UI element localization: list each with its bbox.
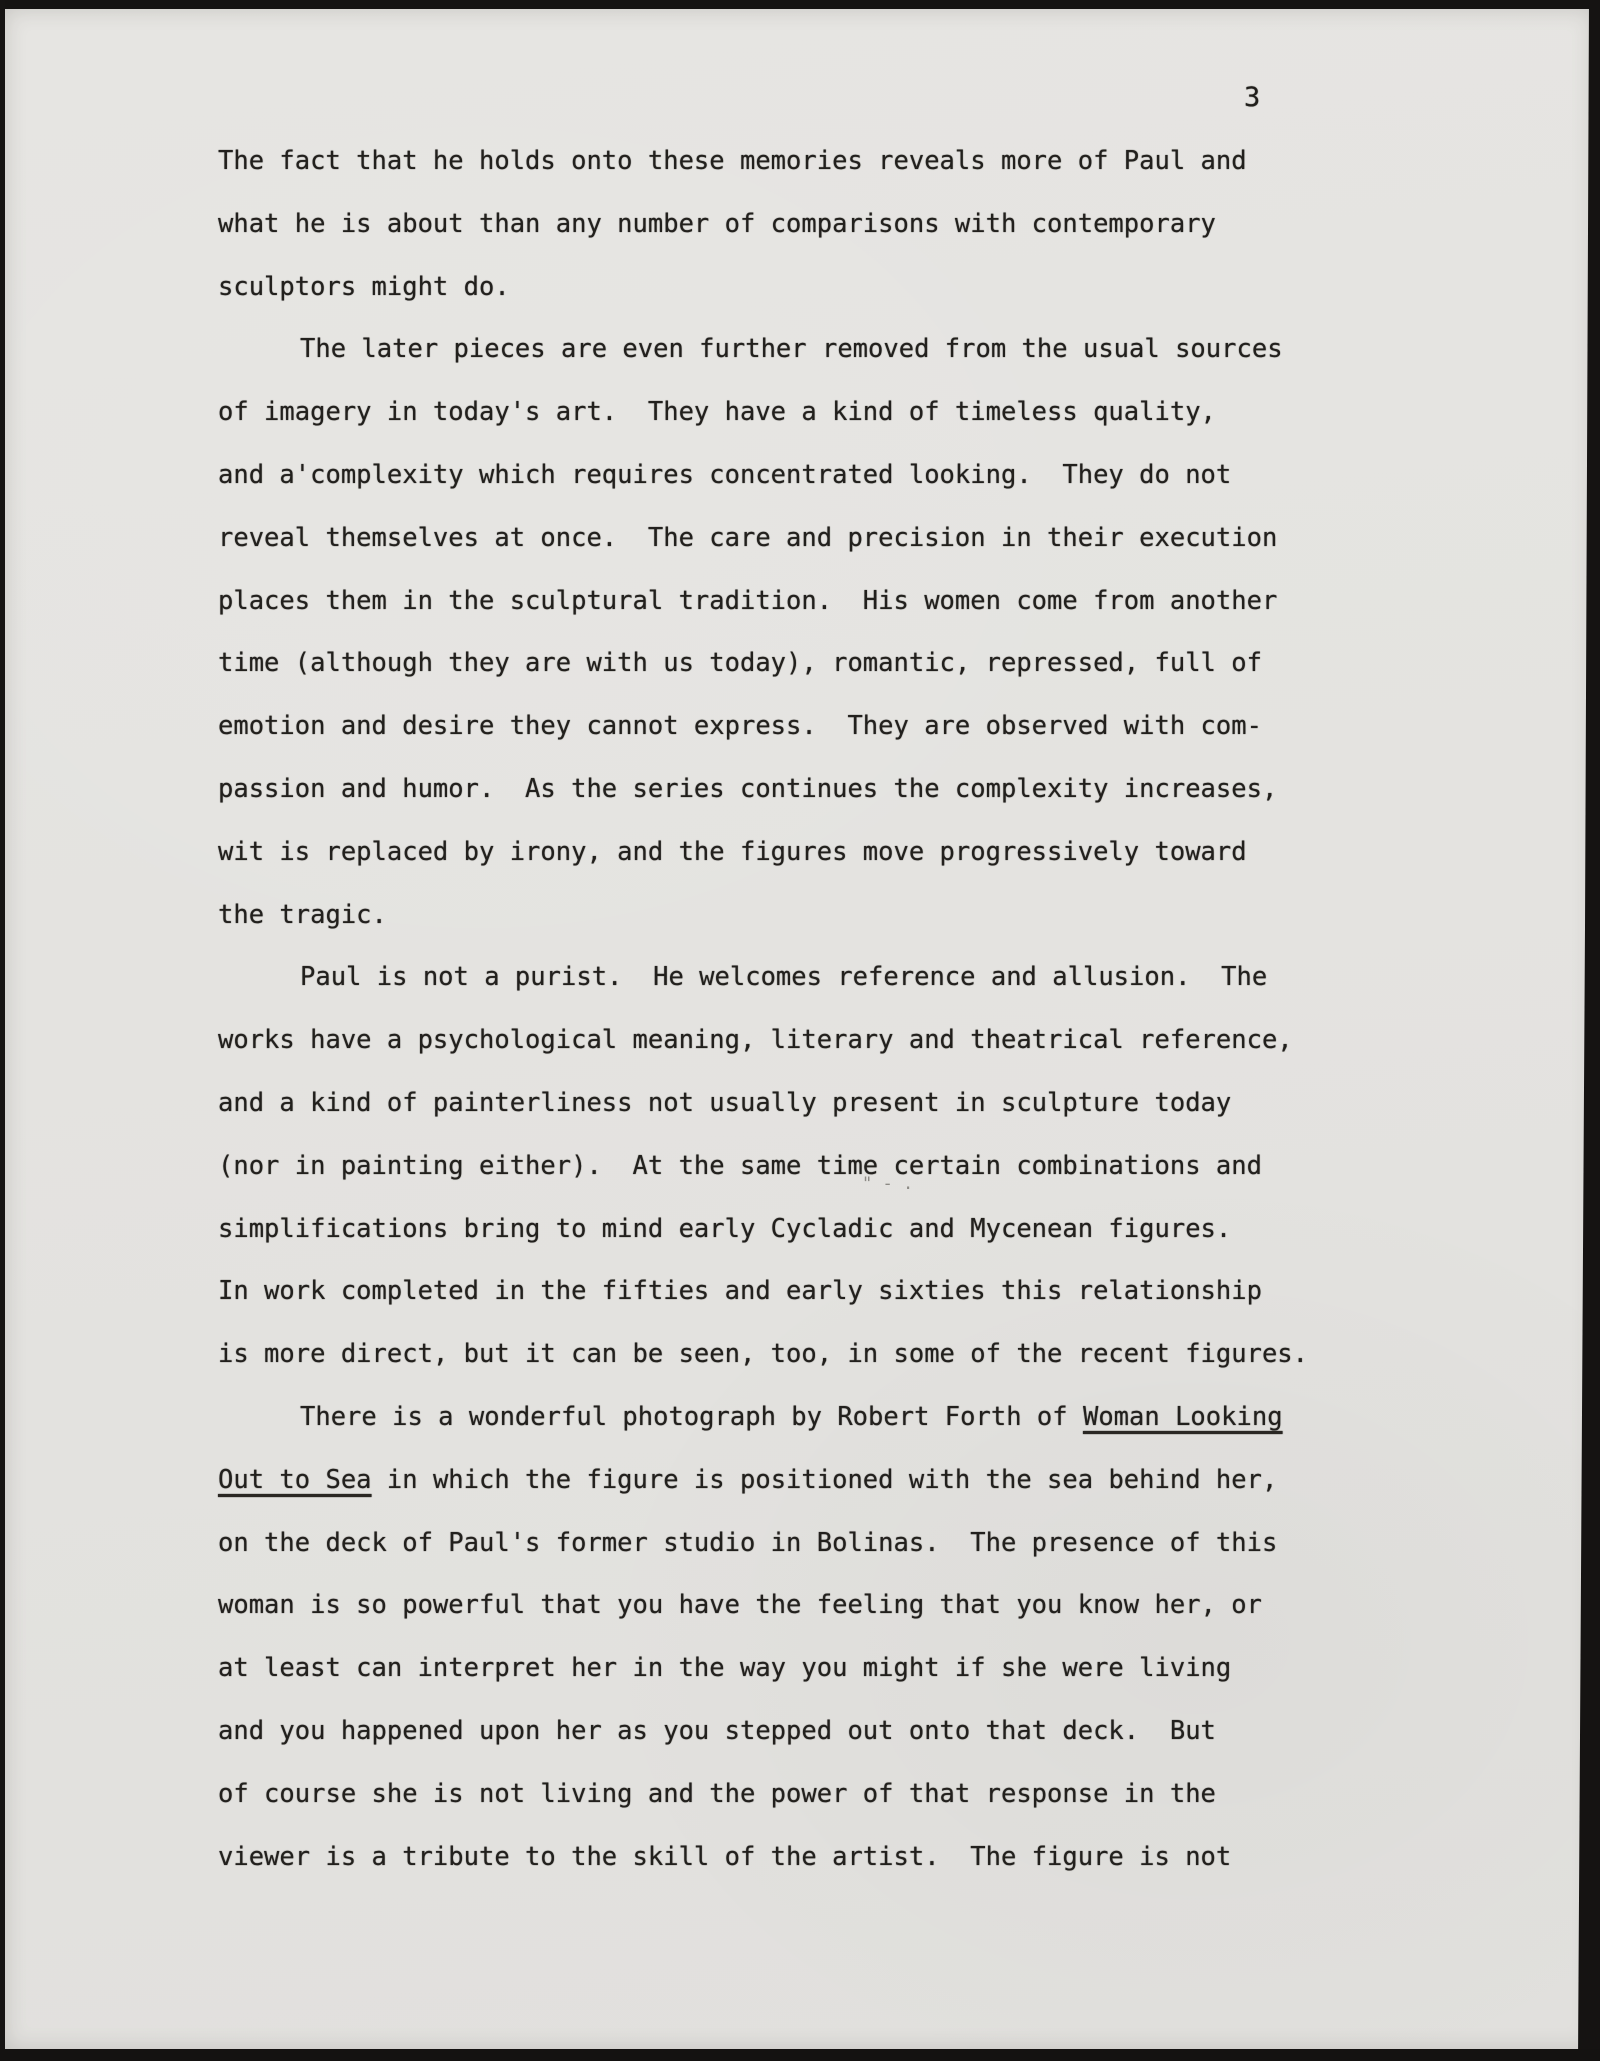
text-segment: (nor in painting either). At the same ti… [218, 1151, 1262, 1181]
text-line: at least can interpret her in the way yo… [218, 1637, 1398, 1700]
text-line: the tragic. [218, 884, 1398, 947]
text-segment: of imagery in today's art. They have a k… [218, 397, 1216, 427]
text-line: viewer is a tribute to the skill of the … [218, 1826, 1398, 1889]
text-segment: places them in the sculptural tradition.… [218, 586, 1277, 616]
scan-border-left [0, 0, 5, 2061]
text-segment: reveal themselves at once. The care and … [218, 523, 1277, 553]
text-segment: wit is replaced by irony, and the figure… [218, 837, 1247, 867]
text-line: is more direct, but it can be seen, too,… [218, 1323, 1398, 1386]
text-segment: woman is so powerful that you have the f… [218, 1590, 1262, 1620]
text-line: The fact that he holds onto these memori… [218, 130, 1398, 193]
text-segment: emotion and desire they cannot express. … [218, 711, 1262, 741]
text-line: works have a psychological meaning, lite… [218, 1009, 1398, 1072]
text-segment: passion and humor. As the series continu… [218, 774, 1277, 804]
text-line: Paul is not a purist. He welcomes refere… [218, 946, 1398, 1009]
text-segment: simplifications bring to mind early Cycl… [218, 1214, 1231, 1244]
text-segment: the tragic. [218, 900, 387, 930]
text-segment: sculptors might do. [218, 272, 510, 302]
text-line: sculptors might do. [218, 256, 1398, 319]
text-line: of imagery in today's art. They have a k… [218, 381, 1398, 444]
text-line: wit is replaced by irony, and the figure… [218, 821, 1398, 884]
text-line: places them in the sculptural tradition.… [218, 570, 1398, 633]
text-segment: The fact that he holds onto these memori… [218, 146, 1247, 176]
text-line: simplifications bring to mind early Cycl… [218, 1198, 1398, 1261]
text-line: reveal themselves at once. The care and … [218, 507, 1398, 570]
text-line: what he is about than any number of comp… [218, 193, 1398, 256]
text-line: and you happened upon her as you stepped… [218, 1700, 1398, 1763]
text-segment: The later pieces are even further remove… [300, 334, 1283, 364]
text-line: woman is so powerful that you have the f… [218, 1574, 1398, 1637]
text-segment: and a kind of painterliness not usually … [218, 1088, 1231, 1118]
text-segment: of course she is not living and the powe… [218, 1779, 1216, 1809]
text-segment: works have a psychological meaning, lite… [218, 1025, 1293, 1055]
text-line: and a kind of painterliness not usually … [218, 1072, 1398, 1135]
scan-artifact: " - . [862, 1174, 913, 1194]
text-line: In work completed in the fifties and ear… [218, 1260, 1398, 1323]
text-segment: on the deck of Paul's former studio in B… [218, 1528, 1277, 1558]
text-line: on the deck of Paul's former studio in B… [218, 1512, 1398, 1575]
text-segment: and you happened upon her as you stepped… [218, 1716, 1216, 1746]
text-line: of course she is not living and the powe… [218, 1763, 1398, 1826]
text-line: Out to Sea in which the figure is positi… [218, 1449, 1398, 1512]
text-segment: There is a wonderful photograph by Rober… [300, 1402, 1083, 1432]
scanned-page: 3 The fact that he holds onto these memo… [0, 0, 1600, 2061]
text-segment: time (although they are with us today), … [218, 648, 1262, 678]
underlined-artwork-title: Out to Sea [218, 1465, 372, 1495]
text-segment: is more direct, but it can be seen, too,… [218, 1339, 1308, 1369]
underlined-artwork-title: Woman Looking [1083, 1402, 1283, 1432]
page-number: 3 [1244, 70, 1260, 126]
text-line: time (although they are with us today), … [218, 632, 1398, 695]
text-line: There is a wonderful photograph by Rober… [218, 1386, 1398, 1449]
text-line: passion and humor. As the series continu… [218, 758, 1398, 821]
text-line: emotion and desire they cannot express. … [218, 695, 1398, 758]
text-line: and a'complexity which requires concentr… [218, 444, 1398, 507]
document-text: The fact that he holds onto these memori… [218, 130, 1398, 1888]
text-segment: viewer is a tribute to the skill of the … [218, 1842, 1231, 1872]
text-segment: in which the figure is positioned with t… [372, 1465, 1278, 1495]
text-segment: and a'complexity which requires concentr… [218, 460, 1231, 490]
text-segment: at least can interpret her in the way yo… [218, 1653, 1231, 1683]
text-segment: Paul is not a purist. He welcomes refere… [300, 962, 1267, 992]
text-line: (nor in painting either). At the same ti… [218, 1135, 1398, 1198]
scan-border-top [0, 0, 1600, 9]
scan-border-bottom [0, 2049, 1600, 2061]
text-segment: what he is about than any number of comp… [218, 209, 1216, 239]
text-segment: In work completed in the fifties and ear… [218, 1276, 1262, 1306]
text-line: The later pieces are even further remove… [218, 318, 1398, 381]
